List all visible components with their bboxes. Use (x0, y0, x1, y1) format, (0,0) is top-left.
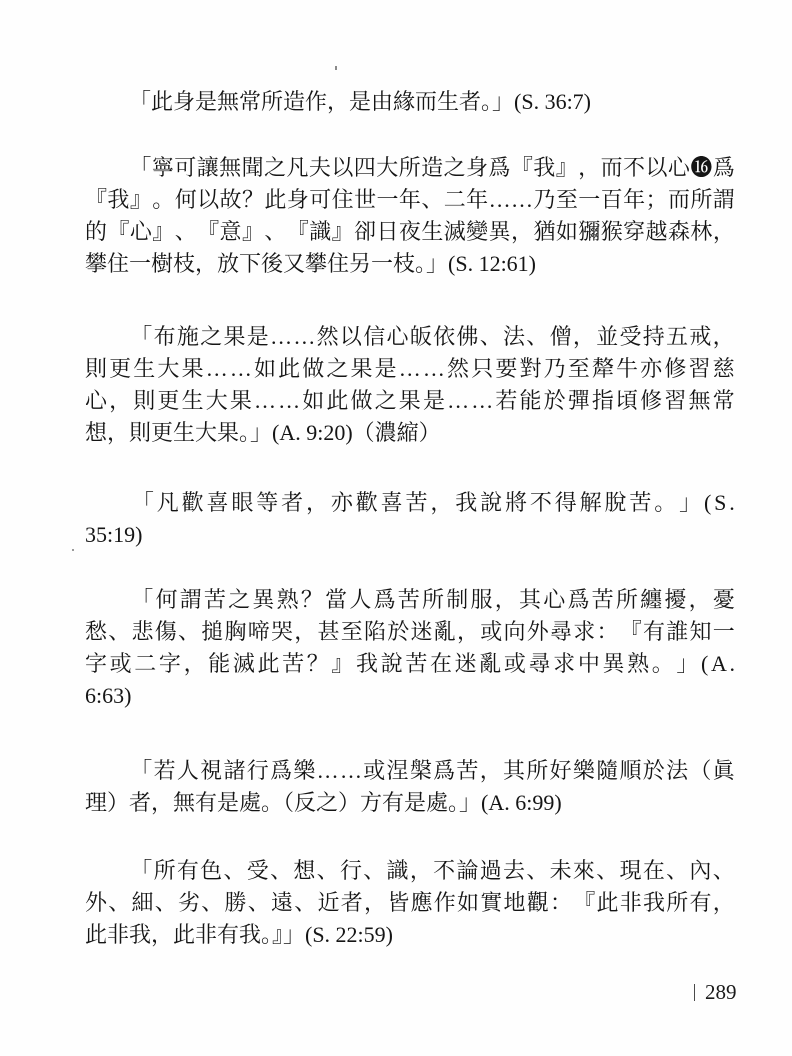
text-line: 「所有色、受、想、行、識，不論過去、未來、現在、內、 (85, 855, 735, 887)
quote-paragraph: 「布施之果是……然以信心皈依佛、法、僧，並受持五戒，則更生大果……如此做之果是…… (85, 321, 735, 449)
text-line: 35:19) (85, 519, 735, 551)
text-line: 想，則更生大果。」(A. 9:20)（濃縮） (85, 417, 735, 449)
quote-paragraph: 「何謂苦之異熟？當人爲苦所制服，其心爲苦所纏擾，憂愁、悲傷、搥胸啼哭，甚至陷於迷… (85, 584, 735, 712)
text-line: 『我』。何以故？此身可住世一年、二年……乃至一百年；而所謂 (85, 184, 735, 216)
text-block: 「此身是無常所造作，是由緣而生者。」(S. 36:7)「寧可讓無聞之凡夫以四大所… (85, 86, 735, 951)
text-line: 外、細、劣、勝、遠、近者，皆應作如實地觀：『此非我所有， (85, 887, 735, 919)
scan-speck (335, 66, 337, 70)
text-line: 攀住一樹枝，放下後又攀住另一枝。」(S. 12:61) (85, 248, 735, 280)
text-line: 則更生大果……如此做之果是……然只要對乃至犛牛亦修習慈 (85, 353, 735, 385)
text-line: 「寧可讓無聞之凡夫以四大所造之身爲『我』，而不以心⓰爲 (85, 152, 735, 184)
quote-paragraph: 「寧可讓無聞之凡夫以四大所造之身爲『我』，而不以心⓰爲『我』。何以故？此身可住世… (85, 152, 735, 280)
quote-paragraph: 「此身是無常所造作，是由緣而生者。」(S. 36:7) (85, 86, 735, 118)
text-line: 理）者，無有是處。（反之）方有是處。」(A. 6:99) (85, 787, 735, 819)
text-line: 愁、悲傷、搥胸啼哭，甚至陷於迷亂，或向外尋求：『有誰知一 (85, 616, 735, 648)
text-line: 「若人視諸行爲樂……或涅槃爲苦，其所好樂隨順於法（眞 (85, 755, 735, 787)
page-number: 289 (705, 979, 737, 1005)
text-line: 「何謂苦之異熟？當人爲苦所制服，其心爲苦所纏擾，憂 (85, 584, 735, 616)
text-line: 字或二字，能滅此苦？』我說苦在迷亂或尋求中異熟。」(A. (85, 648, 735, 680)
quote-paragraph: 「若人視諸行爲樂……或涅槃爲苦，其所好樂隨順於法（眞理）者，無有是處。（反之）方… (85, 755, 735, 819)
page-footer: 289 (694, 979, 737, 1005)
text-line: 心，則更生大果……如此做之果是……若能於彈指頃修習無常 (85, 385, 735, 417)
text-line: 的『心』、『意』、『識』卻日夜生滅變異，猶如獼猴穿越森林， (85, 216, 735, 248)
book-page: 「此身是無常所造作，是由緣而生者。」(S. 36:7)「寧可讓無聞之凡夫以四大所… (0, 0, 792, 1056)
scan-speck (72, 549, 74, 551)
text-line: 「凡歡喜眼等者，亦歡喜苦，我說將不得解脫苦。」(S. (85, 487, 735, 519)
text-line: 「布施之果是……然以信心皈依佛、法、僧，並受持五戒， (85, 321, 735, 353)
text-line: 「此身是無常所造作，是由緣而生者。」(S. 36:7) (85, 86, 735, 118)
page-number-rule-icon (694, 984, 695, 1001)
text-line: 6:63) (85, 680, 735, 712)
text-line: 此非我，此非有我。』」(S. 22:59) (85, 919, 735, 951)
quote-paragraph: 「所有色、受、想、行、識，不論過去、未來、現在、內、外、細、劣、勝、遠、近者，皆… (85, 855, 735, 951)
quote-paragraph: 「凡歡喜眼等者，亦歡喜苦，我說將不得解脫苦。」(S.35:19) (85, 487, 735, 551)
